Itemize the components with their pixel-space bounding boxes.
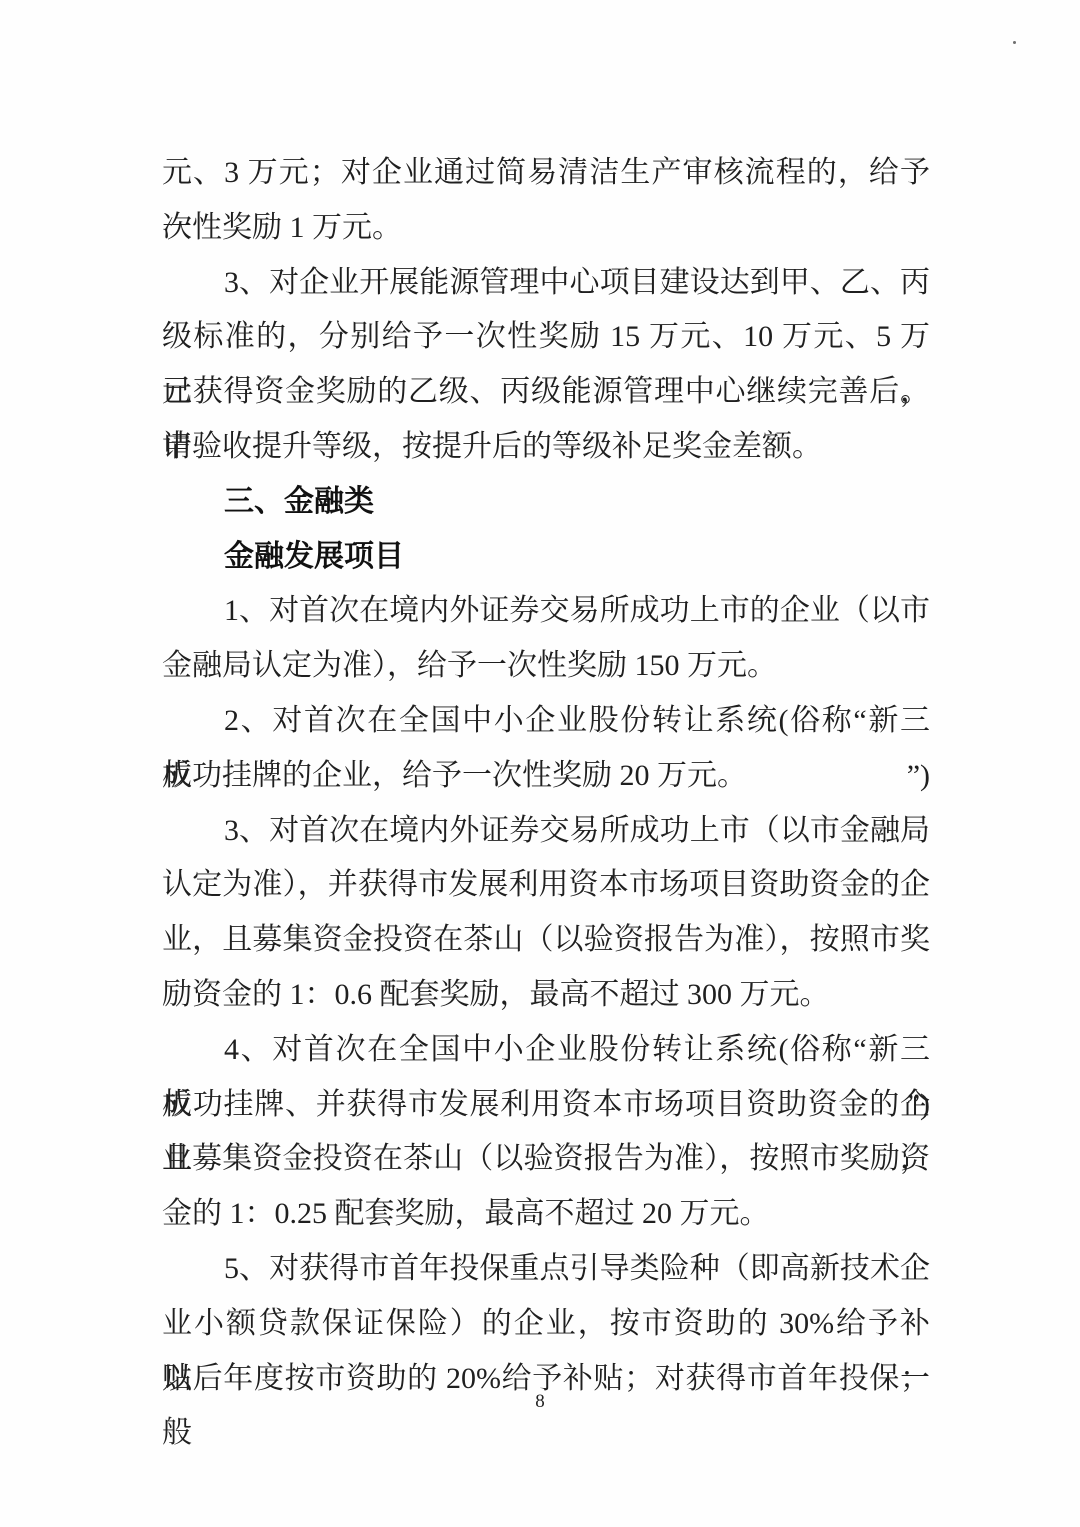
document-body: 元、3 万元；对企业通过简易清洁生产审核流程的，给予一 次性奖励 1 万元。 3… [162, 146, 930, 1406]
doc-line: 次性奖励 1 万元。 [162, 201, 930, 256]
doc-line: 5、对获得市首年投保重点引导类险种（即高新技术企 [162, 1242, 930, 1297]
doc-line: 金融局认定为准），给予一次性奖励 150 万元。 [162, 639, 930, 694]
doc-line: 业小额贷款保证保险）的企业，按市资助的 30%给予补贴； [162, 1297, 930, 1352]
doc-line: 3、对企业开展能源管理中心项目建设达到甲、乙、丙 [162, 256, 930, 311]
subsection-heading: 金融发展项目 [162, 530, 930, 585]
doc-line: 成功挂牌、并获得市发展利用资本市场项目资助资金的企业， [162, 1078, 930, 1133]
page-number: 8 [0, 1390, 1080, 1414]
doc-line: 认定为准），并获得市发展利用资本市场项目资助资金的企 [162, 858, 930, 913]
doc-line: 3、对首次在境内外证券交易所成功上市（以市金融局 [162, 804, 930, 859]
scan-speck [1013, 41, 1016, 44]
doc-line: 4、对首次在全国中小企业股份转让系统(俗称“新三板”) [162, 1023, 930, 1078]
doc-line: 请验收提升等级，按提升后的等级补足奖金差额。 [162, 420, 930, 475]
doc-line: 2、对首次在全国中小企业股份转让系统(俗称“新三板”) [162, 694, 930, 749]
doc-line: 1、对首次在境内外证券交易所成功上市的企业（以市 [162, 584, 930, 639]
doc-line: 已获得资金奖励的乙级、丙级能源管理中心继续完善后，申 [162, 365, 930, 420]
doc-line: 金的 1：0.25 配套奖励，最高不超过 20 万元。 [162, 1187, 930, 1242]
doc-line: 励资金的 1：0.6 配套奖励，最高不超过 300 万元。 [162, 968, 930, 1023]
doc-line: 且募集资金投资在茶山（以验资报告为准），按照市奖励资 [162, 1132, 930, 1187]
doc-line: 业，且募集资金投资在茶山（以验资报告为准），按照市奖 [162, 913, 930, 968]
doc-line: 元、3 万元；对企业通过简易清洁生产审核流程的，给予一 [162, 146, 930, 201]
document-page: 元、3 万元；对企业通过简易清洁生产审核流程的，给予一 次性奖励 1 万元。 3… [0, 0, 1080, 1527]
doc-line: 级标准的，分别给予一次性奖励 15 万元、10 万元、5 万元。 [162, 310, 930, 365]
section-heading: 三、金融类 [162, 475, 930, 530]
